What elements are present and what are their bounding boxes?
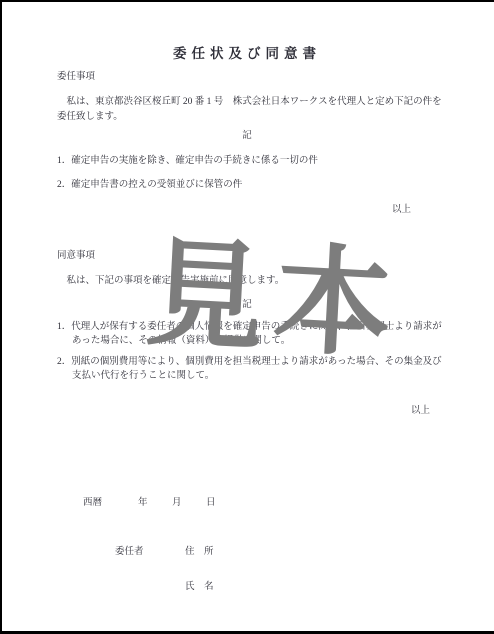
delegation-ki-marker: 記 [0, 127, 494, 141]
page-title: 委任状及び同意書 [0, 42, 494, 62]
consent-item-2-line2: 支払い代行を行うことに関して。 [72, 367, 214, 381]
date-year-label: 年 [138, 494, 148, 508]
date-day-label: 日 [206, 494, 216, 508]
delegation-body-line2: 委任致します。 [57, 108, 123, 122]
delegator-label: 委任者 [115, 543, 144, 557]
name-label: 氏 名 [185, 578, 214, 592]
address-label: 住 所 [185, 543, 214, 557]
delegation-item-1: 1．確定申告の実施を除き、確定申告の手続きに係る一切の件 [57, 152, 318, 166]
scan-edge-top [0, 0, 494, 2]
scan-edge-left [0, 0, 2, 634]
delegation-closing: 以上 [392, 201, 411, 215]
delegation-item-2: 2．確定申告書の控えの受領並びに保管の件 [57, 176, 242, 190]
date-month-label: 月 [172, 494, 182, 508]
consent-closing: 以上 [411, 402, 430, 416]
consent-heading: 同意事項 [57, 247, 95, 261]
sample-watermark: 見本 [143, 231, 405, 368]
delegation-body-line1: 私は、東京都渋谷区桜丘町 20 番 1 号 株式会社日本ワークスを代理人と定め下… [57, 93, 442, 107]
delegation-heading: 委任事項 [57, 68, 95, 82]
date-era-label: 西暦 [83, 494, 102, 508]
